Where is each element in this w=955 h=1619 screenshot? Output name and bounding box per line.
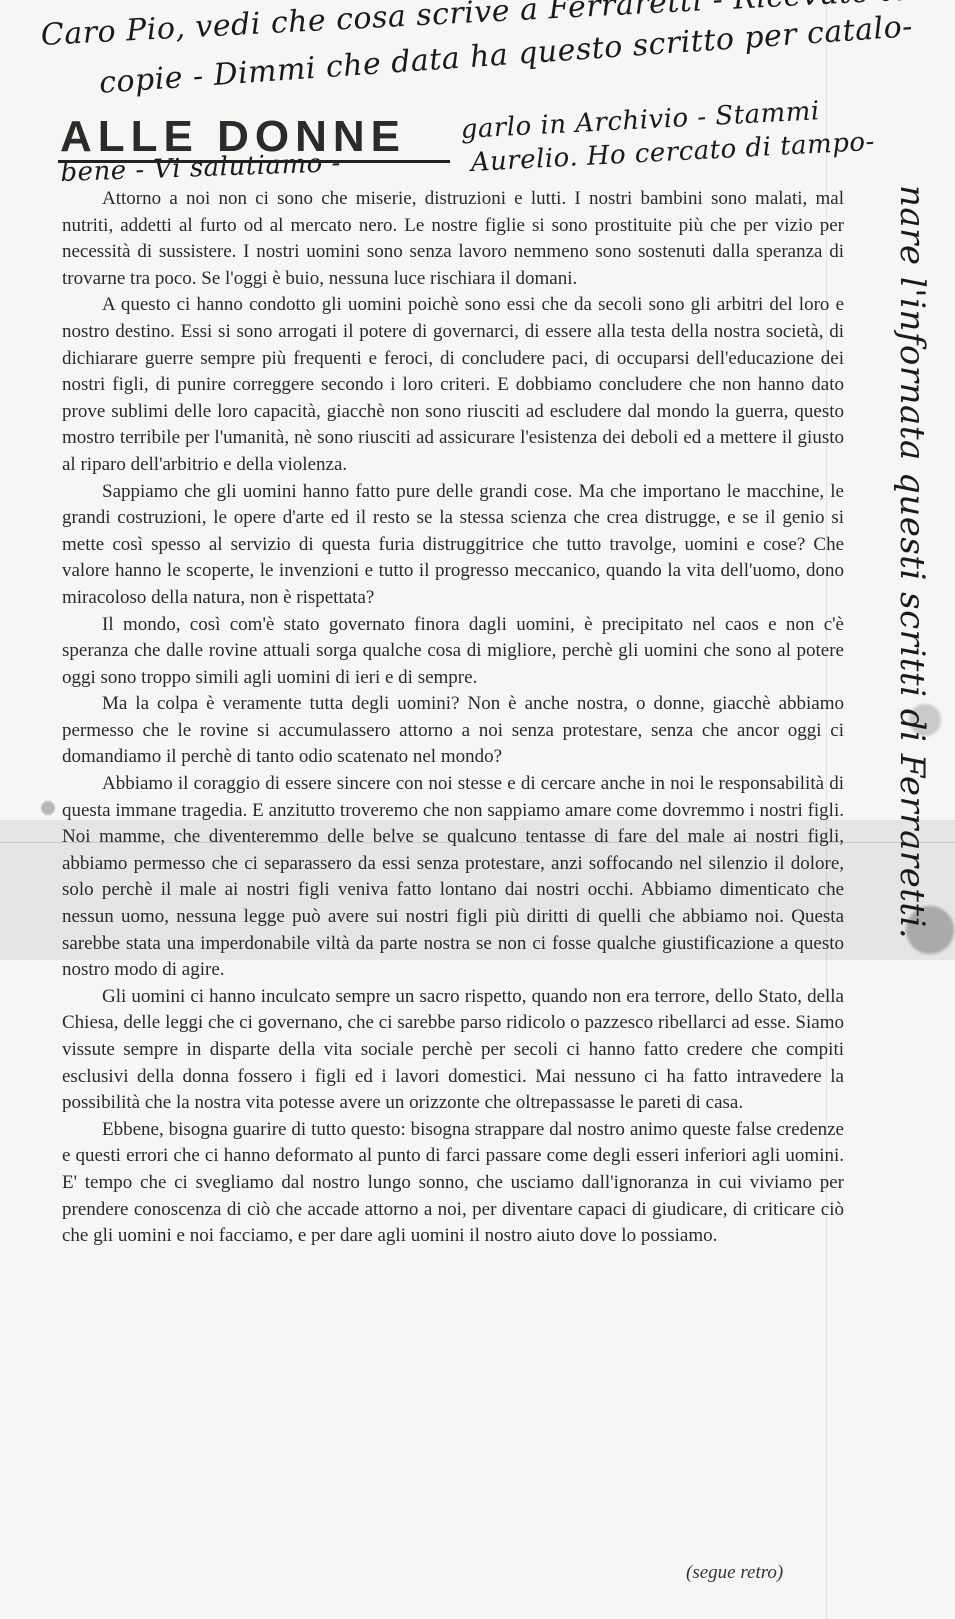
paragraph: Ebbene, bisogna guarire di tutto questo:… <box>62 1117 844 1250</box>
paragraph: Attorno a noi non ci sono che miserie, d… <box>62 186 844 292</box>
paragraph: Gli uomini ci hanno inculcato sempre un … <box>62 984 844 1117</box>
paragraph: Abbiamo il coraggio di essere sincere co… <box>62 771 844 984</box>
document-body: Attorno a noi non ci sono che miserie, d… <box>62 186 844 1250</box>
paragraph: Sappiamo che gli uomini hanno fatto pure… <box>62 479 844 612</box>
handwritten-margin-note: nare l'infornata questi scritti di Ferra… <box>892 185 932 939</box>
document-title: ALLE DONNE <box>60 112 406 162</box>
paragraph: A questo ci hanno condotto gli uomini po… <box>62 292 844 478</box>
title-underline <box>58 160 450 163</box>
continued-overleaf-note: (segue retro) <box>686 1562 783 1584</box>
paragraph: Il mondo, così com'è stato governato fin… <box>62 612 844 692</box>
paragraph: Ma la colpa è veramente tutta degli uomi… <box>62 691 844 771</box>
